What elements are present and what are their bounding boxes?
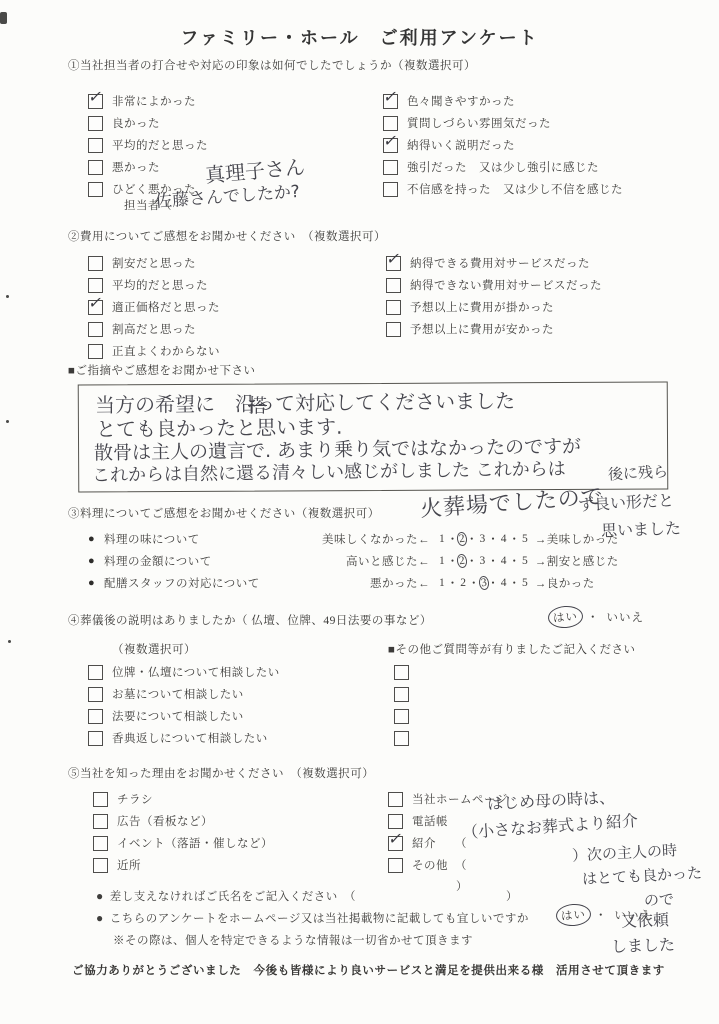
option-label: 位牌・仏壇について相談したい <box>112 664 280 680</box>
q3-heading: ③料理についてご感想をお聞かせください（複数選択可） <box>68 505 380 521</box>
checkbox[interactable] <box>388 858 403 873</box>
option-label: 平均的だと思った <box>112 137 208 153</box>
rating-topic: 料理の味について <box>104 531 302 547</box>
option-row: 近所 <box>93 854 273 876</box>
q1-left-options: 非常によかった 良かった 平均的だと思った 悪かった ひどく悪かった <box>88 90 208 200</box>
option-row: 平均的だと思った <box>88 134 208 156</box>
bullet-icon: ● <box>96 889 104 904</box>
option-label: 近所 <box>117 857 141 873</box>
option-label: 広告（看板など） <box>117 813 213 829</box>
bullet-icon: ● <box>88 533 104 545</box>
option-label: 香典返しについて相談したい <box>112 730 268 746</box>
option-row: 納得できない費用対サービスだった <box>386 274 602 296</box>
option-row: 法要について相談したい <box>88 705 280 727</box>
checkbox[interactable] <box>388 836 403 851</box>
checkbox[interactable] <box>88 256 103 271</box>
publish-permission-line: ● こちらのアンケートをホームページ又は当社掲載物に記載しても宜しいですか <box>96 910 529 926</box>
q4-other-heading: ■その他ご質問等が有りましたご記入ください <box>388 641 635 657</box>
checkbox[interactable] <box>88 278 103 293</box>
rating-number[interactable]: 4 <box>500 577 508 589</box>
checkbox[interactable] <box>88 300 103 315</box>
q4-multi-note: （複数選択可） <box>112 641 196 657</box>
option-row: 色々聞きやすかった <box>383 90 623 112</box>
checkbox[interactable] <box>388 792 403 807</box>
comments-heading: ■ご指摘やご感想をお聞かせ下さい <box>68 362 255 378</box>
bullet-icon: ● <box>88 555 104 567</box>
option-row: 広告（看板など） <box>93 810 273 832</box>
handwriting-comment-line: 当方の希望に 沿って対応してくださいました <box>95 390 515 416</box>
checkbox[interactable] <box>93 836 108 851</box>
q4-heading: ④葬儀後の説明はありましたか（ 仏壇、位牌、49日法要の事など） <box>68 612 432 628</box>
handwriting-side-note: 後に残ら <box>608 463 669 483</box>
yes-option[interactable]: はい <box>547 605 583 629</box>
option-label: 電話帳 <box>412 813 448 829</box>
option-label: 色々聞きやすかった <box>407 93 515 109</box>
handwriting-referral: しました <box>611 936 676 956</box>
rating-number[interactable]: 4 <box>500 555 508 567</box>
q1-heading: ①当社担当者の打合せや対応の印象は如何でしたでしょうか（複数選択可） <box>68 57 476 73</box>
option-label: 良かった <box>112 115 160 131</box>
option-row: 悪かった <box>88 156 208 178</box>
option-label: 不信感を持った 又は少し不信を感じた <box>407 181 623 197</box>
handwriting-referral: はとても良かった <box>582 865 703 888</box>
publish-yesno: はい・いいえ <box>556 904 656 926</box>
rating-row: ● 料理の味について 美味しくなかった← 1・2・3・4・5 →美味しかった <box>88 528 619 550</box>
dot-separator: ・ <box>446 575 460 591</box>
option-row: 質問しづらい雰囲気だった <box>383 112 623 134</box>
rating-number[interactable]: 4 <box>500 533 508 545</box>
rating-number[interactable]: 5 <box>521 555 529 567</box>
scan-speck <box>8 640 11 643</box>
option-row: 割安だと思った <box>88 252 220 274</box>
rating-high-label: →割安と感じた <box>535 553 619 569</box>
option-label: 適正価格だと思った <box>112 299 220 315</box>
checkbox[interactable] <box>88 344 103 359</box>
checkbox[interactable] <box>88 322 103 337</box>
option-label: 納得いく説明だった <box>407 137 515 153</box>
option-row <box>394 705 418 727</box>
option-label: 予想以上に費用が安かった <box>410 321 554 337</box>
option-label: 正直よくわからない <box>112 343 220 359</box>
option-row: イベント（落語・催しなど） <box>93 832 273 854</box>
option-label: 強引だった 又は少し強引に感じた <box>407 159 599 175</box>
no-option[interactable]: いいえ <box>611 905 657 925</box>
dot-separator: ・ <box>583 612 603 624</box>
rating-topic: 料理の金額について <box>104 553 302 569</box>
checkbox[interactable] <box>383 138 398 153</box>
option-label: 紹介 <box>412 835 436 851</box>
dot-separator: ・ <box>591 910 611 922</box>
q4-left-options: 位牌・仏壇について相談したい お墓について相談したい 法要について相談したい 香… <box>88 661 280 749</box>
survey-page: ファミリー・ホール ご利用アンケート ①当社担当者の打合せや対応の印象は如何でし… <box>0 0 719 1024</box>
name-request-label: 差し支えなければご氏名をご記入ください （ <box>110 888 356 904</box>
option-row <box>394 683 418 705</box>
checkbox[interactable] <box>93 858 108 873</box>
option-row: 予想以上に費用が掛かった <box>386 296 602 318</box>
checkbox[interactable] <box>93 814 108 829</box>
handwriting-referral: はじめ母の時は、 <box>487 789 616 813</box>
option-row: 強引だった 又は少し強引に感じた <box>383 156 623 178</box>
q4-other-checkboxes <box>394 661 418 749</box>
option-label: 割高だと思った <box>112 321 196 337</box>
option-label: イベント（落語・催しなど） <box>117 835 273 851</box>
dot-separator: ・ <box>508 553 522 569</box>
rating-number[interactable]: 1 <box>438 577 446 589</box>
option-row <box>394 661 418 683</box>
option-row: 予想以上に費用が安かった <box>386 318 602 340</box>
q2-right-options: 納得できる費用対サービスだった 納得できない費用対サービスだった 予想以上に費用… <box>386 252 602 340</box>
rating-number[interactable]: 1 <box>438 533 446 545</box>
option-row: 適正価格だと思った <box>88 296 220 318</box>
option-label: 納得できない費用対サービスだった <box>410 277 602 293</box>
option-row: 平均的だと思った <box>88 274 220 296</box>
checkbox[interactable] <box>88 665 103 680</box>
no-option[interactable]: いいえ <box>603 607 649 627</box>
yes-option[interactable]: はい <box>555 903 591 927</box>
q5-heading: ⑤当社を知った理由をお聞かせください （複数選択可） <box>68 765 374 781</box>
rating-number[interactable]: 2 <box>459 577 467 589</box>
bullet-icon: ● <box>96 911 104 926</box>
option-label: 予想以上に費用が掛かった <box>410 299 554 315</box>
checkbox[interactable] <box>88 138 103 153</box>
option-label: 非常によかった <box>112 93 196 109</box>
option-label: 割安だと思った <box>112 255 196 271</box>
checkbox[interactable] <box>88 687 103 702</box>
option-label: 法要について相談したい <box>112 708 244 724</box>
checkbox[interactable] <box>394 731 409 746</box>
q2-left-options: 割安だと思った 平均的だと思った 適正価格だと思った 割高だと思った 正直よくわ… <box>88 252 220 362</box>
checkbox[interactable] <box>394 687 409 702</box>
option-row: お墓について相談したい <box>88 683 280 705</box>
checkbox[interactable] <box>88 731 103 746</box>
option-row: 納得いく説明だった <box>383 134 623 156</box>
scan-speck <box>6 420 9 423</box>
checkbox[interactable] <box>93 792 108 807</box>
rating-number[interactable]: 3 <box>479 533 487 545</box>
checkbox[interactable] <box>88 94 103 109</box>
privacy-note-text: ※その際は、個人を特定できるような情報は一切省かせて頂きます <box>113 932 473 948</box>
privacy-note: ※その際は、個人を特定できるような情報は一切省かせて頂きます <box>113 932 473 948</box>
dot-separator: ・ <box>508 531 522 547</box>
option-row: その他 （ <box>388 854 508 876</box>
rating-topic: 配膳スタッフの対応について <box>104 575 302 591</box>
option-label: 質問しづらい雰囲気だった <box>407 115 551 131</box>
dot-separator: ・ <box>465 553 479 569</box>
rating-low-label: 高いと感じた← <box>302 553 430 569</box>
q4-yesno: はい・いいえ <box>548 606 648 628</box>
option-row: 不信感を持った 又は少し不信を感じた <box>383 178 623 200</box>
rating-number[interactable]: 3 <box>479 555 487 567</box>
option-label: その他 <box>412 857 448 873</box>
name-request-line: ● 差し支えなければご氏名をご記入ください （ ） <box>96 888 518 904</box>
rating-row: ● 料理の金額について 高いと感じた← 1・2・3・4・5 →割安と感じた <box>88 550 619 572</box>
option-label: チラシ <box>117 791 153 807</box>
option-row: 良かった <box>88 112 208 134</box>
option-row <box>394 727 418 749</box>
dot-separator: ・ <box>486 531 500 547</box>
option-row: チラシ <box>93 788 273 810</box>
option-label: 納得できる費用対サービスだった <box>410 255 590 271</box>
page-title: ファミリー・ホール ご利用アンケート <box>0 24 719 50</box>
option-row: 香典返しについて相談したい <box>88 727 280 749</box>
checkbox[interactable] <box>386 300 401 315</box>
rating-number[interactable]: 1 <box>438 555 446 567</box>
checkbox[interactable] <box>88 709 103 724</box>
footer-thanks: ご協力ありがとうございました 今後も皆様により良いサービスと満足を提供出来る様 … <box>72 962 665 978</box>
checkbox[interactable] <box>386 322 401 337</box>
handwriting-kasoba-note: 火葬場でしたので <box>419 486 604 523</box>
option-row: 割高だと思った <box>88 318 220 340</box>
publish-permission-label: こちらのアンケートをホームページ又は当社掲載物に記載しても宜しいですか <box>110 910 529 926</box>
rating-row: ● 配膳スタッフの対応について 悪かった← 1・2・3・4・5 →良かった <box>88 572 619 594</box>
dot-separator: ・ <box>465 531 479 547</box>
rating-low-label: 悪かった← <box>302 575 430 591</box>
rating-high-label: →良かった <box>535 575 595 591</box>
dot-separator: ・ <box>508 575 522 591</box>
checkbox[interactable] <box>383 116 398 131</box>
rating-number[interactable]: 5 <box>521 577 529 589</box>
checkbox[interactable] <box>386 278 401 293</box>
q1-right-options: 色々聞きやすかった 質問しづらい雰囲気だった 納得いく説明だった 強引だった 又… <box>383 90 623 200</box>
q5-left-options: チラシ 広告（看板など） イベント（落語・催しなど） 近所 <box>93 788 273 876</box>
checkbox[interactable] <box>388 814 403 829</box>
checkbox[interactable] <box>394 665 409 680</box>
q2-heading: ②費用についてご感想をお聞かせください （複数選択可） <box>68 228 386 244</box>
option-row: 位牌・仏壇について相談したい <box>88 661 280 683</box>
option-row: 納得できる費用対サービスだった <box>386 252 602 274</box>
rating-low-label: 美味しくなかった← <box>302 531 430 547</box>
checkbox[interactable] <box>88 116 103 131</box>
option-label: 悪かった <box>112 159 160 175</box>
scan-speck <box>6 295 9 298</box>
checkbox[interactable] <box>383 160 398 175</box>
handwriting-comment-line: とても良かったと思います. <box>96 416 343 441</box>
dot-separator: ・ <box>486 553 500 569</box>
checkbox[interactable] <box>383 94 398 109</box>
handwriting-referral: ）次の主人の時 <box>572 842 678 864</box>
checkbox[interactable] <box>88 182 103 197</box>
paren-open: （ <box>455 857 467 873</box>
checkbox[interactable] <box>383 182 398 197</box>
q3-rating-rows: ● 料理の味について 美味しくなかった← 1・2・3・4・5 →美味しかった ●… <box>88 528 619 594</box>
checkbox[interactable] <box>88 160 103 175</box>
option-row: 非常によかった <box>88 90 208 112</box>
bullet-icon: ● <box>88 577 104 589</box>
checkbox[interactable] <box>386 256 401 271</box>
option-label: 平均的だと思った <box>112 277 208 293</box>
scan-speck <box>0 12 7 24</box>
option-label: お墓について相談したい <box>112 686 244 702</box>
rating-high-label: →美味しかった <box>535 531 619 547</box>
checkbox[interactable] <box>394 709 409 724</box>
rating-number[interactable]: 5 <box>521 533 529 545</box>
option-row: 正直よくわからない <box>88 340 220 362</box>
paren-close: ） <box>506 888 518 904</box>
